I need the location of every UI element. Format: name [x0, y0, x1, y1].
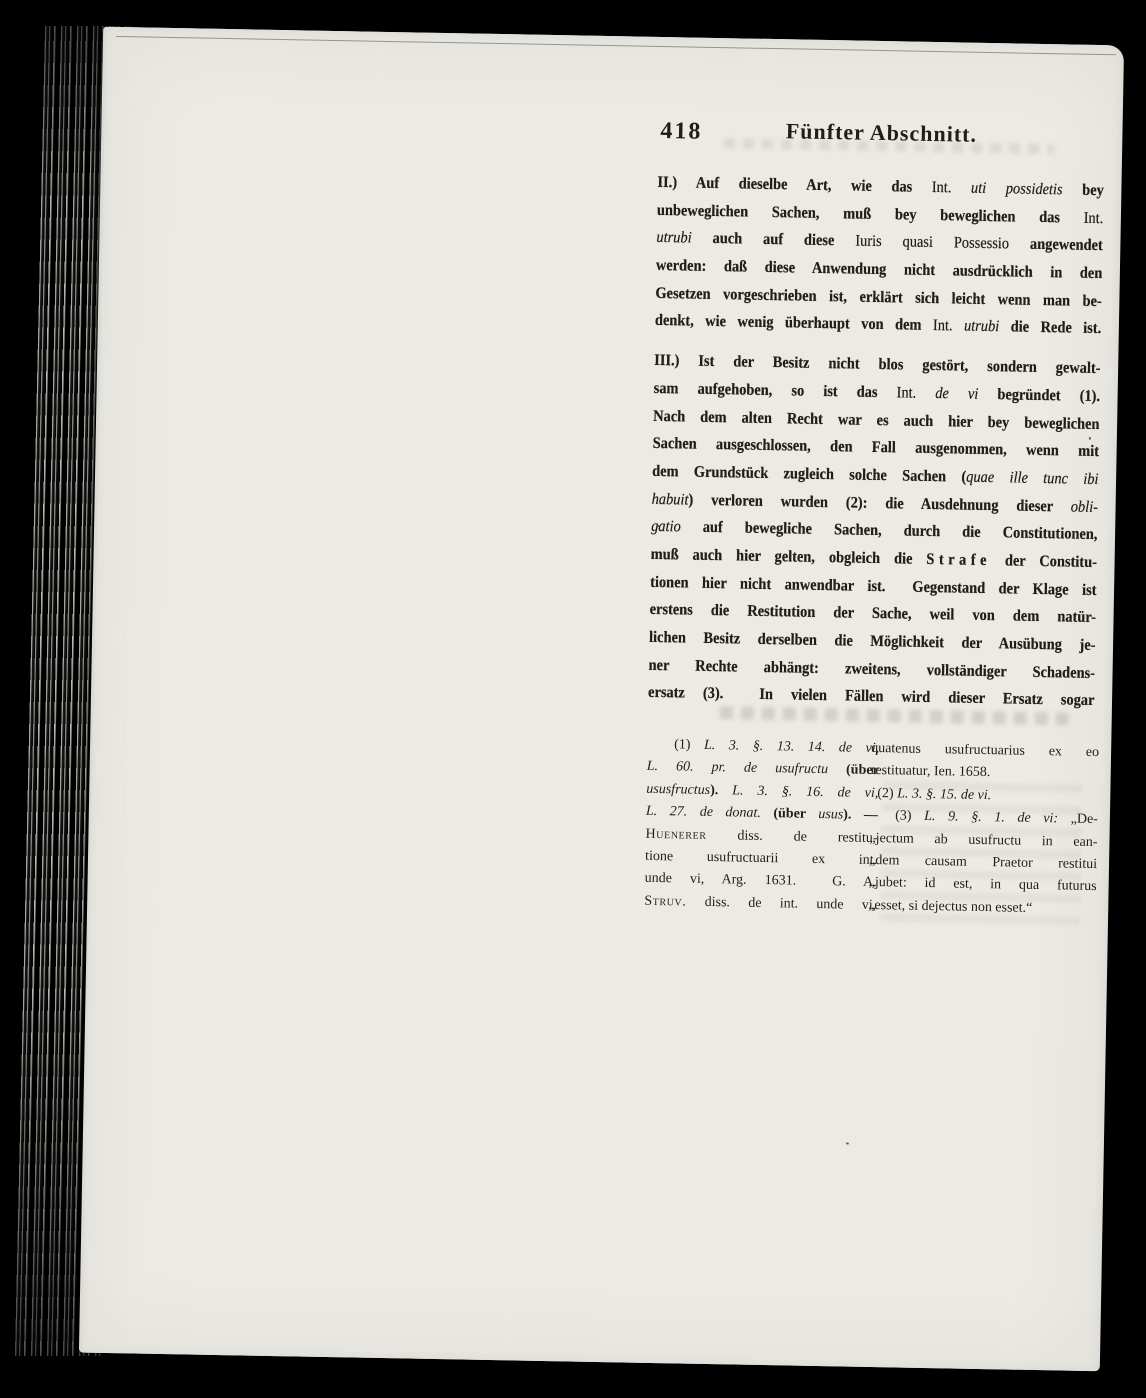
- page-header: 418 Fünfter Abschnitt.: [658, 116, 1105, 158]
- text-line: „esset, si dejectus non esset.“: [868, 895, 1096, 922]
- section-title: Fünfter Abschnitt.: [658, 116, 1104, 150]
- page-top-edge-line: [116, 36, 1116, 55]
- paper-speck: [846, 1143, 849, 1145]
- footnote-column-right: quatenus usufructuarius ex eorestituatur…: [868, 738, 1099, 921]
- paragraph-iii: III.) Ist der Besitz nicht blos gestört,…: [648, 347, 1146, 716]
- scan-background: 418 Fünfter Abschnitt. II.) Auf dieselbe…: [0, 0, 1146, 1398]
- paragraph-ii: II.) Auf dieselbe Art, wie das Int. uti …: [655, 169, 1146, 344]
- text-line: Struv. diss. de int. unde vi,: [644, 891, 876, 918]
- book-page: 418 Fünfter Abschnitt. II.) Auf dieselbe…: [82, 27, 1124, 1371]
- page-number: 418: [660, 118, 702, 146]
- footnote-column-left: (1) L. 3. §. 13. 14. de vi,L. 60. pr. de…: [644, 734, 879, 917]
- page-content: 418 Fünfter Abschnitt. II.) Auf dieselbe…: [644, 116, 1105, 932]
- footnotes: (1) L. 3. §. 13. 14. de vi,L. 60. pr. de…: [644, 734, 1093, 932]
